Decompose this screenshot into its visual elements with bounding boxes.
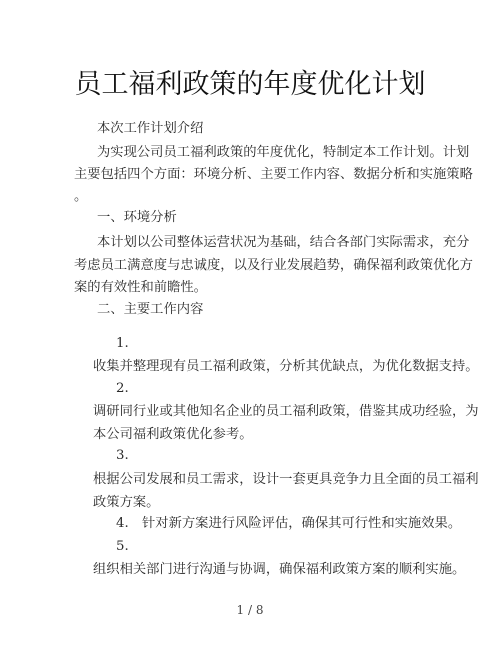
- item-1-number: 1.: [116, 336, 129, 352]
- section1-line-1: 本计划以公司整体运营状况为基础，结合各部门实际需求，充分: [97, 235, 469, 251]
- section1-line-3: 案的有效性和前瞻性。: [74, 280, 207, 296]
- item-3-line-1: 根据公司发展和员工需求，设计一套更具竞争力且全面的员工福利: [93, 472, 479, 488]
- item-5-line-1: 组织相关部门进行沟通与协调，确保福利政策方案的顺利实施。: [93, 562, 465, 578]
- section1-heading: 一、环境分析: [97, 210, 177, 226]
- intro-line-1: 为实现公司员工福利政策的年度优化，特制定本工作计划。计划: [97, 145, 469, 161]
- intro-heading: 本次工作计划介绍: [97, 121, 203, 137]
- item-3-number: 3.: [116, 448, 129, 464]
- section2-heading: 二、主要工作内容: [97, 302, 203, 318]
- intro-line-3: 。: [74, 189, 87, 205]
- item-1-line-1: 收集并整理现有员工福利政策，分析其优缺点，为优化数据支持。: [93, 359, 479, 375]
- item-2-line-1: 调研同行业或其他知名企业的员工福利政策，借鉴其成功经验，为: [93, 404, 479, 420]
- intro-line-2: 主要包括四个方面：环境分析、主要工作内容、数据分析和实施策略: [74, 167, 473, 183]
- item-5-number: 5.: [116, 539, 129, 555]
- item-3-line-2: 政策方案。: [93, 495, 159, 511]
- item-2-line-2: 本公司福利政策优化参考。: [93, 427, 253, 443]
- document-title: 员工福利政策的年度优化计划: [0, 62, 500, 101]
- page-number: 1 / 8: [0, 603, 500, 617]
- item-2-number: 2.: [116, 381, 129, 397]
- section1-line-2: 考虑员工满意度与忠诚度，以及行业发展趋势，确保福利政策优化方: [74, 258, 473, 274]
- item-4-number: 4.: [116, 516, 129, 532]
- item-4-line-1: 针对新方案进行风险评估，确保其可行性和实施效果。: [142, 516, 461, 532]
